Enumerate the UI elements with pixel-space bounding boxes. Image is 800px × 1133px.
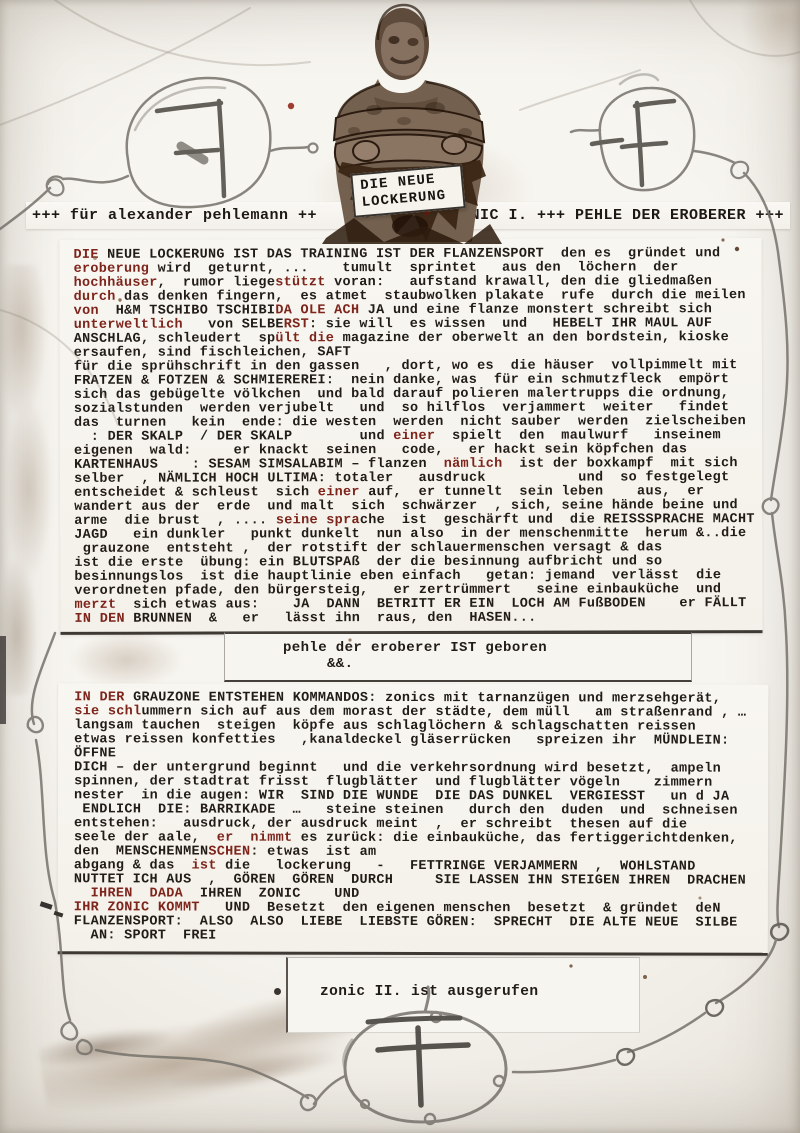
text-line: AN: SPORT FREI — [74, 929, 764, 944]
dedication-text: +++ für alexander pehlemann ++ — [32, 207, 317, 224]
ink-dot-icon — [274, 988, 281, 995]
mid-caption-line2: &&. — [283, 656, 691, 672]
stain-blot-left — [0, 265, 65, 695]
text-line: IN DEN BRUNNEN & er lässt ihn raus, den … — [74, 611, 758, 627]
mid-caption-line1: pehle der eroberer IST geboren — [283, 640, 691, 656]
paragraph-block-2: IN DER GRAUZONE ENTSTEHEN KOMMANDOS: zon… — [58, 683, 769, 955]
stain-blot-top-right — [715, 0, 800, 98]
text-line: etwas reissen konfetties ,kanaldeckel gl… — [74, 733, 764, 748]
mirrored-f-glyph — [157, 101, 224, 196]
zine-page: +++ für alexander pehlemann ++ ZONIC I. … — [0, 0, 800, 1133]
right-circle-doodle — [571, 74, 748, 190]
bottom-caption-text: zonic II. ist ausgerufen — [320, 984, 538, 1000]
mid-caption-box: pehle der eroberer IST geboren &&. — [224, 632, 692, 682]
f-glyph — [592, 101, 674, 185]
paragraph-block-1: DIE NEUE LOCKERUNG IST DAS TRAINING IST … — [59, 238, 762, 635]
text-line: ANSCHLAG, schleudert spült die magazine … — [74, 331, 758, 347]
bottom-caption-box: zonic II. ist ausgerufen — [286, 957, 640, 1033]
